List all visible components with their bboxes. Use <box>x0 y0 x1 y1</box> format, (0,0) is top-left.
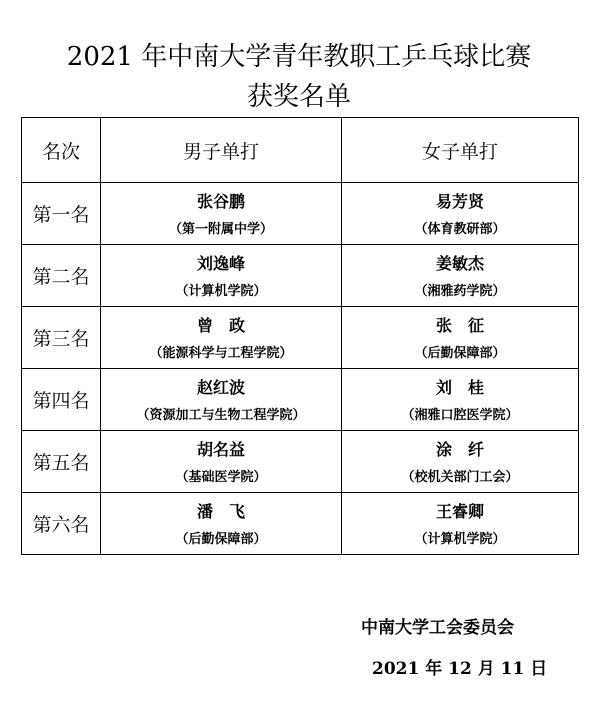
document-title: 2021 年中南大学青年教职工乒乓球比赛 <box>0 42 598 72</box>
winner-name: 胡名益 <box>101 439 341 461</box>
women-winner-cell: 姜敏杰（湘雅药学院） <box>342 245 579 307</box>
table-row: 第一名 张谷鹏（第一附属中学） 易芳贤（体育教研部） <box>22 183 579 245</box>
men-winner-cell: 曾 政（能源科学与工程学院） <box>101 307 342 369</box>
table-row: 第五名 胡名益（基础医学院） 涂 纤（校机关部门工会） <box>22 431 579 493</box>
winner-name: 刘逸峰 <box>101 253 341 275</box>
rank-cell: 第一名 <box>22 183 101 245</box>
winner-name: 赵红波 <box>101 377 341 399</box>
winner-name: 曾 政 <box>101 315 341 337</box>
winner-unit: （资源加工与生物工程学院） <box>101 407 341 425</box>
rank-cell: 第五名 <box>22 431 101 493</box>
women-winner-cell: 王睿卿（计算机学院） <box>342 493 579 555</box>
winner-unit: （湘雅口腔医学院） <box>342 407 578 425</box>
winner-unit: （基础医学院） <box>101 469 341 487</box>
women-winner-cell: 张 征（后勤保障部） <box>342 307 579 369</box>
women-winner-cell: 易芳贤（体育教研部） <box>342 183 579 245</box>
document-subtitle: 获奖名单 <box>0 82 598 112</box>
winner-name: 涂 纤 <box>342 439 578 461</box>
winner-name: 王睿卿 <box>342 501 578 523</box>
rank-cell: 第六名 <box>22 493 101 555</box>
header-women-singles: 女子单打 <box>342 118 579 183</box>
winner-unit: （第一附属中学） <box>101 221 341 239</box>
men-winner-cell: 刘逸峰（计算机学院） <box>101 245 342 307</box>
winner-unit: （后勤保障部） <box>101 531 341 549</box>
table-row: 第四名 赵红波（资源加工与生物工程学院） 刘 桂（湘雅口腔医学院） <box>22 369 579 431</box>
header-men-singles: 男子单打 <box>101 118 342 183</box>
awards-table: 名次 男子单打 女子单打 第一名 张谷鹏（第一附属中学） 易芳贤（体育教研部） … <box>21 117 579 555</box>
winner-name: 张 征 <box>342 315 578 337</box>
rank-cell: 第二名 <box>22 245 101 307</box>
table-row: 第三名 曾 政（能源科学与工程学院） 张 征（后勤保障部） <box>22 307 579 369</box>
winner-unit: （校机关部门工会） <box>342 469 578 487</box>
table-row: 第六名 潘 飞（后勤保障部） 王睿卿（计算机学院） <box>22 493 579 555</box>
winner-name: 姜敏杰 <box>342 253 578 275</box>
men-winner-cell: 胡名益（基础医学院） <box>101 431 342 493</box>
women-winner-cell: 涂 纤（校机关部门工会） <box>342 431 579 493</box>
winner-unit: （计算机学院） <box>342 531 578 549</box>
issue-date: 2021 年 12 月 11 日 <box>372 654 547 679</box>
winner-name: 张谷鹏 <box>101 191 341 213</box>
winner-name: 易芳贤 <box>342 191 578 213</box>
header-rank: 名次 <box>22 118 101 183</box>
winner-unit: （后勤保障部） <box>342 345 578 363</box>
winner-unit: （湘雅药学院） <box>342 283 578 301</box>
winner-name: 刘 桂 <box>342 377 578 399</box>
winner-unit: （能源科学与工程学院） <box>101 345 341 363</box>
winner-unit: （体育教研部） <box>342 221 578 239</box>
men-winner-cell: 赵红波（资源加工与生物工程学院） <box>101 369 342 431</box>
winner-name: 潘 飞 <box>101 501 341 523</box>
winner-unit: （计算机学院） <box>101 283 341 301</box>
men-winner-cell: 潘 飞（后勤保障部） <box>101 493 342 555</box>
table-row: 第二名 刘逸峰（计算机学院） 姜敏杰（湘雅药学院） <box>22 245 579 307</box>
issuing-organization: 中南大学工会委员会 <box>361 613 514 638</box>
women-winner-cell: 刘 桂（湘雅口腔医学院） <box>342 369 579 431</box>
table-header-row: 名次 男子单打 女子单打 <box>22 118 579 183</box>
men-winner-cell: 张谷鹏（第一附属中学） <box>101 183 342 245</box>
rank-cell: 第三名 <box>22 307 101 369</box>
rank-cell: 第四名 <box>22 369 101 431</box>
